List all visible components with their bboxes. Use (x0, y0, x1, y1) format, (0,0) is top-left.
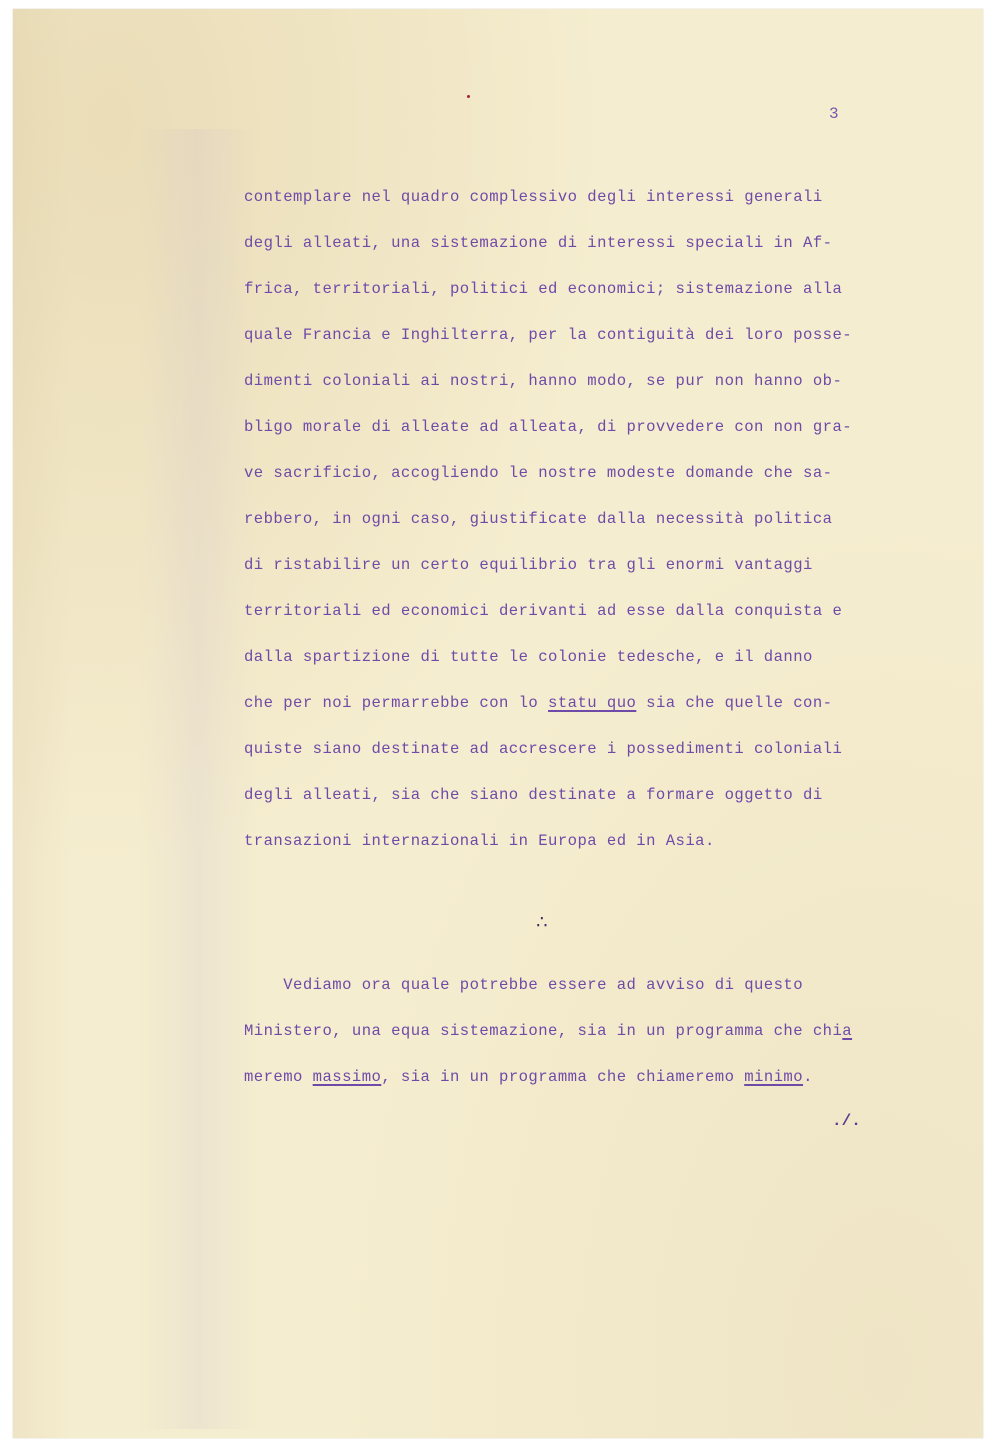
underlined-term-statu-quo: statu quo (548, 694, 636, 712)
text-line: dimenti coloniali ai nostri, hanno modo,… (244, 372, 842, 390)
text-line: che per noi permarrebbe con lo statu quo… (244, 694, 832, 712)
text-line: contemplare nel quadro complessivo degli… (244, 188, 823, 206)
ink-speck (467, 95, 470, 98)
text-line: quale Francia e Inghilterra, per la cont… (244, 326, 852, 344)
text-line: dalla spartizione di tutte le colonie te… (244, 648, 813, 666)
text-line: di ristabilire un certo equilibrio tra g… (244, 556, 813, 574)
text-line: degli alleati, sia che siano destinate a… (244, 786, 823, 804)
text-segment: meremo (244, 1068, 313, 1086)
text-line: rebbero, in ogni caso, giustificate dall… (244, 510, 832, 528)
text-line: bligo morale di alleate ad alleata, di p… (244, 418, 852, 436)
text-segment: . (803, 1068, 813, 1086)
text-line: Ministero, una equa sistemazione, sia in… (244, 1022, 852, 1040)
underlined-letter: a (842, 1022, 852, 1040)
text-line: transazioni internazionali in Europa ed … (244, 832, 715, 850)
continuation-mark: ./. (832, 1112, 861, 1130)
ink-bleed-shadow (138, 129, 258, 1429)
text-line: degli alleati, una sistemazione di inter… (244, 234, 832, 252)
text-line: meremo massimo, sia in un programma che … (244, 1068, 813, 1086)
underlined-term-massimo: massimo (313, 1068, 382, 1086)
section-separator-therefore-symbol: ∴ (527, 918, 557, 928)
document-page (13, 9, 983, 1438)
text-segment: che per noi permarrebbe con lo (244, 694, 548, 712)
text-segment: Ministero, una equa sistemazione, sia in… (244, 1022, 842, 1040)
text-segment: sia che quelle con- (636, 694, 832, 712)
text-line: territoriali ed economici derivanti ad e… (244, 602, 842, 620)
text-segment: , sia in un programma che chiameremo (381, 1068, 744, 1086)
text-line: frica, territoriali, politici ed economi… (244, 280, 842, 298)
text-line: quiste siano destinate ad accrescere i p… (244, 740, 842, 758)
text-line: ve sacrificio, accogliendo le nostre mod… (244, 464, 832, 482)
text-line: Vediamo ora quale potrebbe essere ad avv… (244, 976, 803, 994)
page-number: 3 (829, 105, 839, 123)
underlined-term-minimo: minimo (744, 1068, 803, 1086)
